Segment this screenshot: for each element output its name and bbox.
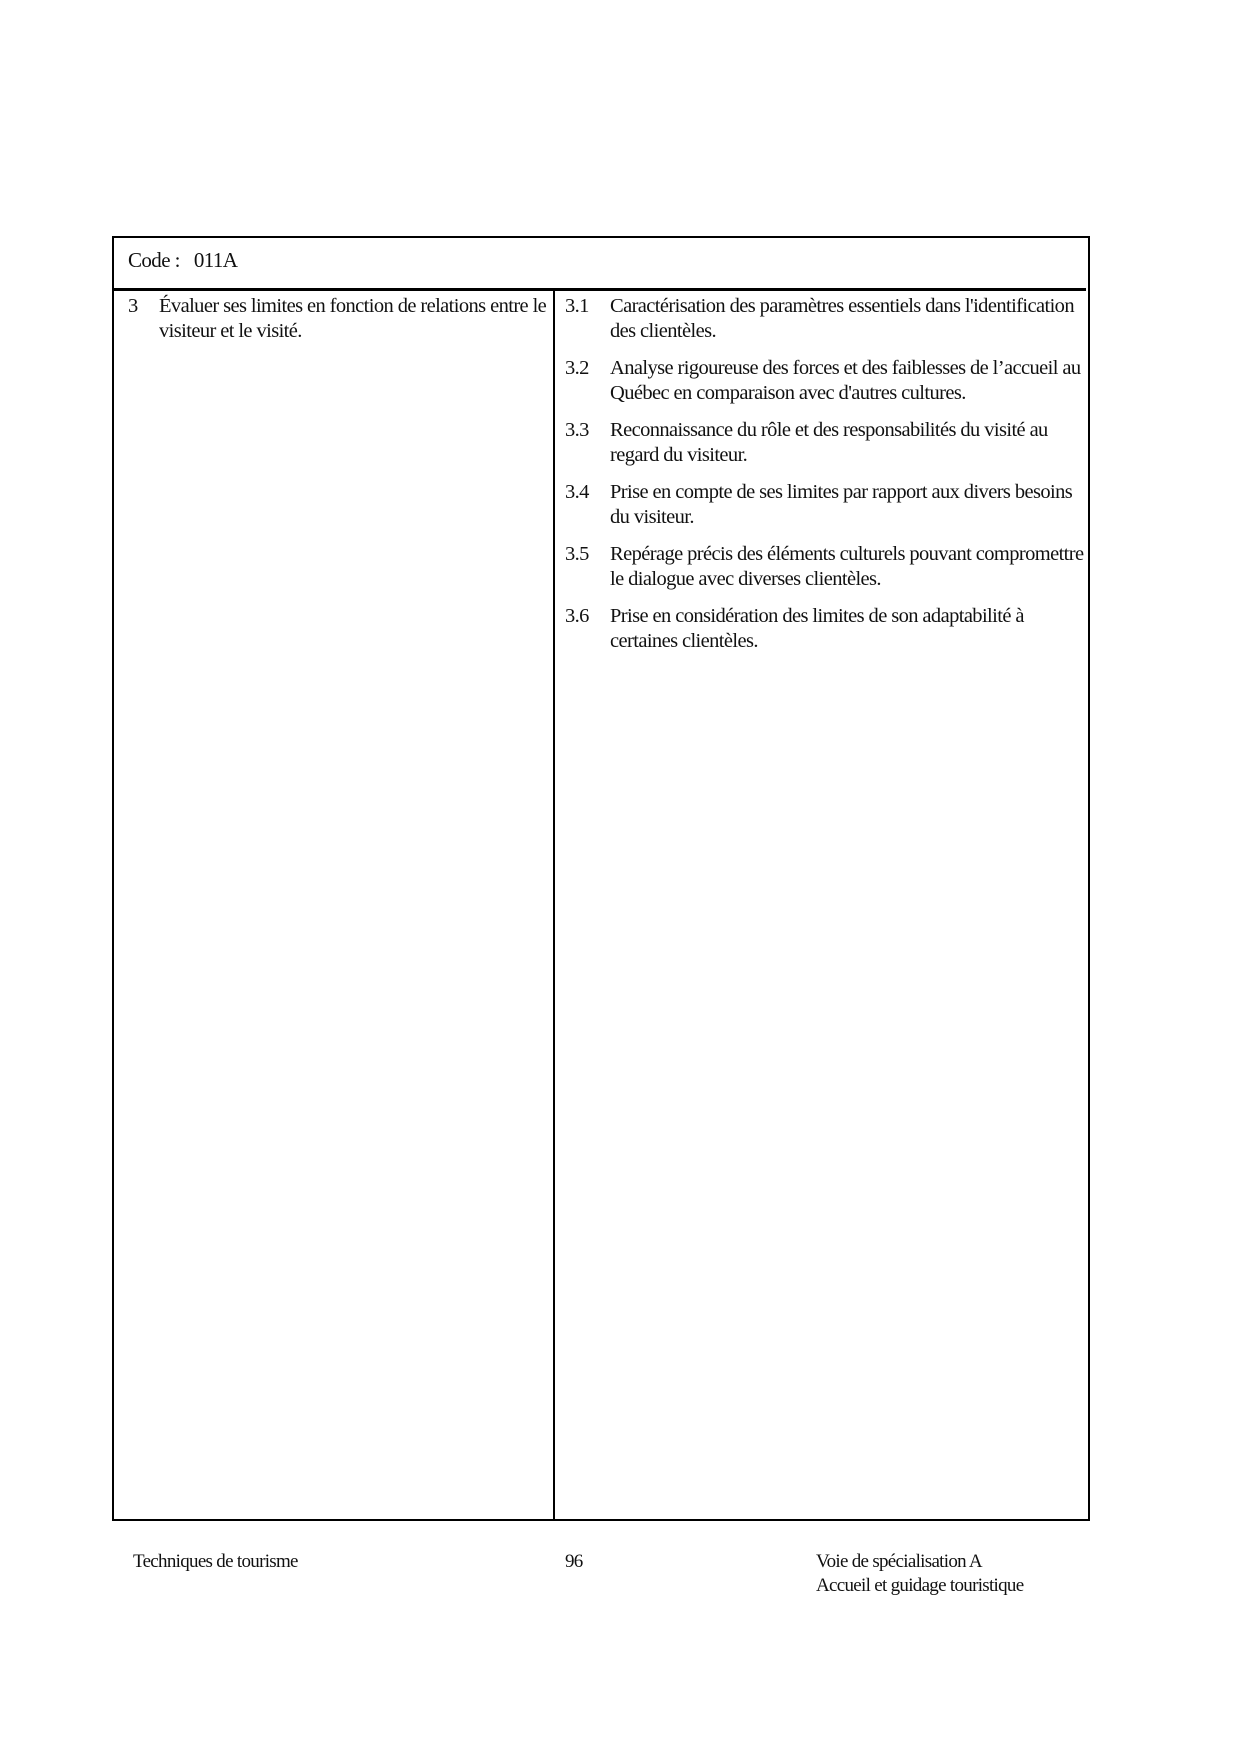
element-text: Évaluer ses limites en fonction de relat… xyxy=(159,294,548,344)
footer-specialization-line1: Voie de spécialisation A xyxy=(816,1550,1023,1574)
criterion-number: 3.6 xyxy=(565,604,610,654)
element-number: 3 xyxy=(128,294,159,344)
element-item: 3 Évaluer ses limites en fonction de rel… xyxy=(128,294,548,344)
code-heading: Code :011A xyxy=(128,248,237,273)
criterion-number: 3.1 xyxy=(565,294,610,344)
criterion-item: 3.6 Prise en considération des limites d… xyxy=(565,604,1085,654)
table-header-row: Code :011A xyxy=(114,238,1088,290)
criteria-column: 3.1 Caractérisation des paramètres essen… xyxy=(565,294,1085,666)
code-label: Code : xyxy=(128,248,180,272)
criterion-text: Caractérisation des paramètres essentiel… xyxy=(610,294,1085,344)
footer-specialization: Voie de spécialisation A Accueil et guid… xyxy=(816,1550,1023,1598)
header-divider xyxy=(114,288,1086,291)
footer-page-number: 96 xyxy=(565,1550,583,1574)
code-value: 011A xyxy=(194,248,238,272)
criterion-number: 3.3 xyxy=(565,418,610,468)
criterion-text: Prise en compte de ses limites par rappo… xyxy=(610,480,1085,530)
criterion-item: 3.4 Prise en compte de ses limites par r… xyxy=(565,480,1085,530)
criterion-item: 3.3 Reconnaissance du rôle et des respon… xyxy=(565,418,1085,468)
criterion-item: 3.2 Analyse rigoureuse des forces et des… xyxy=(565,356,1085,406)
criterion-text: Reconnaissance du rôle et des responsabi… xyxy=(610,418,1085,468)
criterion-text: Prise en considération des limites de so… xyxy=(610,604,1085,654)
criterion-item: 3.1 Caractérisation des paramètres essen… xyxy=(565,294,1085,344)
criterion-text: Repérage précis des éléments culturels p… xyxy=(610,542,1085,592)
criterion-number: 3.4 xyxy=(565,480,610,530)
criterion-number: 3.5 xyxy=(565,542,610,592)
criterion-item: 3.5 Repérage précis des éléments culture… xyxy=(565,542,1085,592)
element-column: 3 Évaluer ses limites en fonction de rel… xyxy=(128,294,548,344)
footer-program: Techniques de tourisme xyxy=(133,1550,298,1574)
column-divider xyxy=(553,291,555,1519)
competency-table: Code :011A 3 Évaluer ses limites en fonc… xyxy=(112,236,1090,1521)
criterion-number: 3.2 xyxy=(565,356,610,406)
criterion-text: Analyse rigoureuse des forces et des fai… xyxy=(610,356,1085,406)
footer-specialization-line2: Accueil et guidage touristique xyxy=(816,1574,1023,1598)
